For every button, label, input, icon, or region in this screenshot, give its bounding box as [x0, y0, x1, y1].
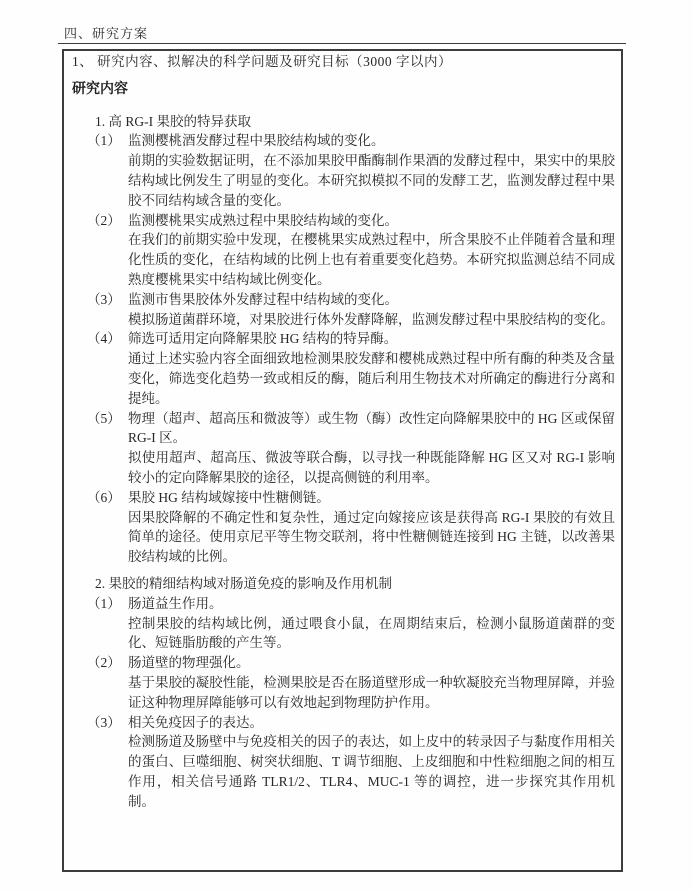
list-item: （2） 肠道壁的物理强化。 基于果胶的凝胶性能，检测果胶是否在肠道壁形成一种软凝… — [87, 653, 613, 712]
box-heading: 1、 研究内容、拟解决的科学问题及研究目标（3000 字以内） — [72, 52, 613, 72]
item-number: （3） — [87, 713, 128, 812]
item-body: 控制果胶的结构域比例，通过喂食小鼠，在周期结束后，检测小鼠肠道菌群的变化、短链脂… — [128, 614, 615, 654]
item-content: 相关免疫因子的表达。 检测肠道及肠壁中与免疫相关的因子的表达，如上皮中的转录因子… — [128, 713, 615, 812]
item-body: 基于果胶的凝胶性能，检测果胶是否在肠道壁形成一种软凝胶充当物理屏障，并验证这种物… — [128, 673, 615, 713]
item-title: 肠道益生作用。 — [128, 594, 615, 614]
item-number: （4） — [87, 329, 128, 408]
page-section-title: 四、研究方案 — [64, 25, 148, 43]
list-item: （4） 筛选可适用定向降解果胶 HG 结构的特异酶。 通过上述实验内容全面细致地… — [87, 329, 613, 408]
list-item: （3） 相关免疫因子的表达。 检测肠道及肠壁中与免疫相关的因子的表达，如上皮中的… — [87, 713, 613, 812]
content-box: 1、 研究内容、拟解决的科学问题及研究目标（3000 字以内） 研究内容 1. … — [62, 49, 623, 872]
item-content: 筛选可适用定向降解果胶 HG 结构的特异酶。 通过上述实验内容全面细致地检测果胶… — [128, 329, 615, 408]
item-title: 筛选可适用定向降解果胶 HG 结构的特异酶。 — [128, 329, 615, 349]
item-title: 监测市售果胶体外发酵过程中结构域的变化。 — [128, 290, 615, 310]
item-number: （6） — [87, 488, 128, 567]
item-number: （2） — [87, 653, 128, 712]
list-item: （6） 果胶 HG 结构域嫁接中性糖侧链。 因果胶降解的不确定性和复杂性，通过定… — [87, 488, 613, 567]
item-title: 相关免疫因子的表达。 — [128, 713, 615, 733]
item-body: 在我们的前期实验中发现，在樱桃果实成熟过程中，所含果胶不止伴随着含量和理化性质的… — [128, 230, 615, 289]
list-item: （1） 肠道益生作用。 控制果胶的结构域比例，通过喂食小鼠，在周期结束后，检测小… — [87, 594, 613, 653]
title-underline — [58, 43, 626, 44]
item-number: （5） — [87, 409, 128, 488]
item-body: 检测肠道及肠壁中与免疫相关的因子的表达，如上皮中的转录因子与黏度作用相关的蛋白、… — [128, 732, 615, 811]
item-title: 肠道壁的物理强化。 — [128, 653, 615, 673]
item-title: 物理（超声、超高压和微波等）或生物（酶）改性定向降解果胶中的 HG 区或保留 R… — [128, 409, 615, 449]
content-title: 研究内容 — [72, 79, 613, 99]
item-title: 果胶 HG 结构域嫁接中性糖侧链。 — [128, 488, 615, 508]
item-number: （1） — [87, 594, 128, 653]
item-number: （2） — [87, 211, 128, 290]
item-title: 监测樱桃酒发酵过程中果胶结构域的变化。 — [128, 131, 615, 151]
item-body: 拟使用超声、超高压、微波等联合酶，以寻找一种既能降解 HG 区又对 RG-I 影… — [128, 448, 615, 488]
item-content: 肠道益生作用。 控制果胶的结构域比例，通过喂食小鼠，在周期结束后，检测小鼠肠道菌… — [128, 594, 615, 653]
item-body: 因果胶降解的不确定性和复杂性，通过定向嫁接应该是获得高 RG-I 果胶的有效且简… — [128, 508, 615, 567]
list-item: （1） 监测樱桃酒发酵过程中果胶结构域的变化。 前期的实验数据证明，在不添加果胶… — [87, 131, 613, 210]
item-content: 监测樱桃酒发酵过程中果胶结构域的变化。 前期的实验数据证明，在不添加果胶甲酯酶制… — [128, 131, 615, 210]
item-number: （1） — [87, 131, 128, 210]
document-page: 四、研究方案 1、 研究内容、拟解决的科学问题及研究目标（3000 字以内） 研… — [0, 0, 693, 891]
item-content: 肠道壁的物理强化。 基于果胶的凝胶性能，检测果胶是否在肠道壁形成一种软凝胶充当物… — [128, 653, 615, 712]
item-body: 模拟肠道菌群环境，对果胶进行体外发酵降解，监测发酵过程中果胶结构的变化。 — [128, 310, 615, 330]
item-content: 监测樱桃果实成熟过程中果胶结构域的变化。 在我们的前期实验中发现，在樱桃果实成熟… — [128, 211, 615, 290]
list-item: （2） 监测樱桃果实成熟过程中果胶结构域的变化。 在我们的前期实验中发现，在樱桃… — [87, 211, 613, 290]
list-item: （5） 物理（超声、超高压和微波等）或生物（酶）改性定向降解果胶中的 HG 区或… — [87, 409, 613, 488]
item-body: 通过上述实验内容全面细致地检测果胶发酵和樱桃成熟过程中所有酶的种类及含量变化，筛… — [128, 349, 615, 408]
item-content: 果胶 HG 结构域嫁接中性糖侧链。 因果胶降解的不确定性和复杂性，通过定向嫁接应… — [128, 488, 615, 567]
list-item: （3） 监测市售果胶体外发酵过程中结构域的变化。 模拟肠道菌群环境，对果胶进行体… — [87, 290, 613, 330]
section-2-heading: 2. 果胶的精细结构域对肠道免疫的影响及作用机制 — [95, 574, 613, 594]
item-content: 物理（超声、超高压和微波等）或生物（酶）改性定向降解果胶中的 HG 区或保留 R… — [128, 409, 615, 488]
item-number: （3） — [87, 290, 128, 330]
item-content: 监测市售果胶体外发酵过程中结构域的变化。 模拟肠道菌群环境，对果胶进行体外发酵降… — [128, 290, 615, 330]
item-title: 监测樱桃果实成熟过程中果胶结构域的变化。 — [128, 211, 615, 231]
item-body: 前期的实验数据证明，在不添加果胶甲酯酶制作果酒的发酵过程中，果实中的果胶结构域比… — [128, 151, 615, 210]
section-1-heading: 1. 高 RG-I 果胶的特异获取 — [95, 112, 613, 132]
